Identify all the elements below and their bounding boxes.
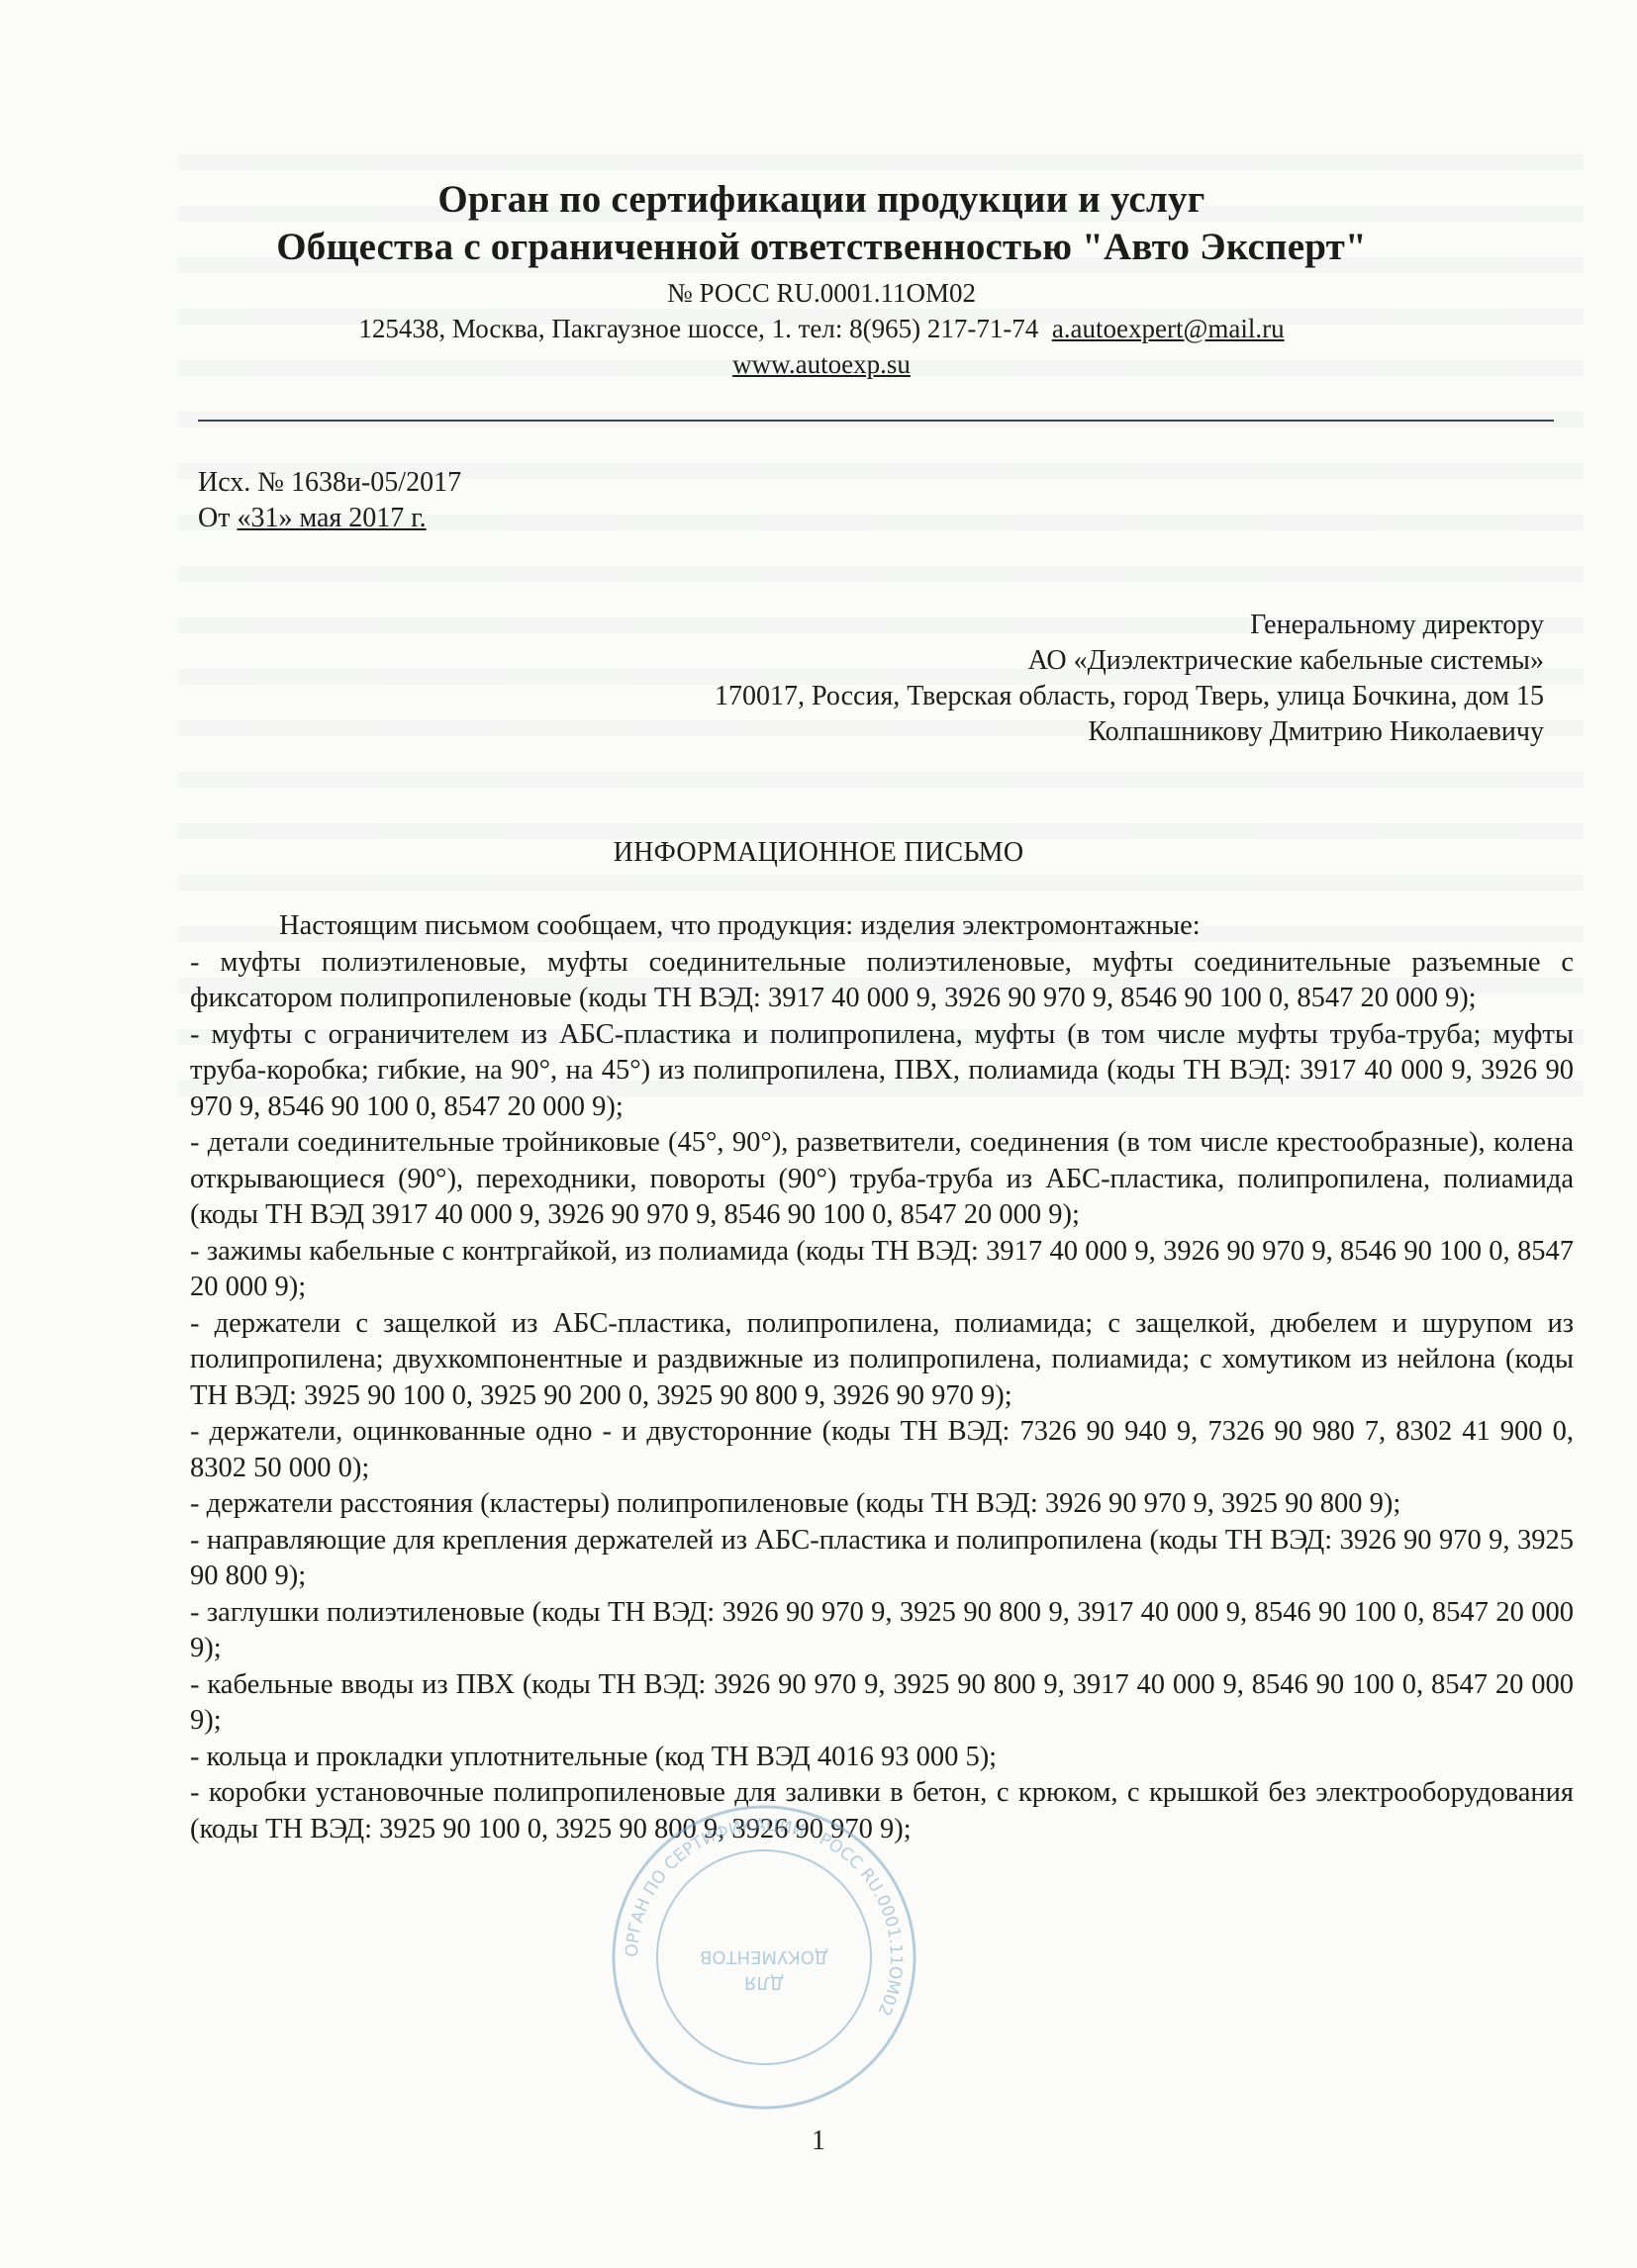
registration-number: № РОСС RU.0001.11ОМ02 [188, 275, 1455, 311]
product-item: - коробки установочные полипропиленовые … [190, 1775, 1574, 1847]
outgoing-date-prefix: От [198, 503, 237, 533]
body-intro: Настоящим письмом сообщаем, что продукци… [190, 908, 1574, 945]
product-item: - направляющие для крепления держателей … [190, 1523, 1574, 1595]
stamp-inner-text-2: ДОКУМЕНТОВ [700, 1946, 828, 1967]
stamp-inner-text-1: ДЛЯ [744, 1972, 784, 1993]
product-item: - муфты полиэтиленовые, муфты соединител… [190, 945, 1574, 1017]
recipient-address: 170017, Россия, Тверская область, город … [715, 679, 1544, 714]
page-number: 1 [0, 2126, 1637, 2157]
email-link[interactable]: a.autoexpert@mail.ru [1052, 314, 1285, 343]
letterhead: Орган по сертификации продукции и услуг … [188, 176, 1455, 382]
website-line: www.autoexp.su [188, 346, 1455, 382]
organization-name-line-1: Орган по сертификации продукции и услуг [188, 176, 1455, 224]
product-item: - кабельные вводы из ПВХ (коды ТН ВЭД: 3… [190, 1667, 1574, 1740]
organization-name-line-2: Общества с ограниченной ответственностью… [188, 224, 1455, 271]
address-phone-line: 125438, Москва, Пакгаузное шоссе, 1. тел… [188, 311, 1455, 346]
document-title: ИНФОРМАЦИОННОЕ ПИСЬМО [0, 835, 1637, 871]
outgoing-reference: Исх. № 1638и-05/2017 От «31» мая 2017 г. [198, 465, 461, 536]
recipient-name: Колпашникову Дмитрию Николаевичу [715, 714, 1544, 750]
recipient-position: Генеральному директору [715, 608, 1544, 643]
outgoing-number: Исх. № 1638и-05/2017 [198, 465, 461, 501]
recipient-company: АО «Диэлектрические кабельные системы» [715, 643, 1544, 679]
product-item: - зажимы кабельные с контргайкой, из пол… [190, 1234, 1574, 1306]
recipient-block: Генеральному директору АО «Диэлектрическ… [715, 608, 1544, 750]
outgoing-date: «31» мая 2017 г. [237, 503, 426, 533]
product-item: - держатели расстояния (кластеры) полипр… [190, 1486, 1574, 1523]
outgoing-date-line: От «31» мая 2017 г. [198, 501, 461, 536]
product-item: - кольца и прокладки уплотнительные (код… [190, 1740, 1574, 1776]
product-item: - муфты с ограничителем из АБС-пластика … [190, 1017, 1574, 1126]
address-phone: 125438, Москва, Пакгаузное шоссе, 1. тел… [358, 314, 1038, 343]
website-link[interactable]: www.autoexp.su [732, 349, 911, 379]
document-page: Орган по сертификации продукции и услуг … [0, 0, 1637, 2268]
product-item: - держатели с защелкой из АБС-пластика, … [190, 1306, 1574, 1415]
letterhead-divider [198, 420, 1554, 422]
letter-body: Настоящим письмом сообщаем, что продукци… [190, 908, 1574, 1847]
product-item: - держатели, оцинкованные одно - и двуст… [190, 1414, 1574, 1486]
product-item: - детали соединительные тройниковые (45°… [190, 1125, 1574, 1234]
product-item: - заглушки полиэтиленовые (коды ТН ВЭД: … [190, 1595, 1574, 1667]
